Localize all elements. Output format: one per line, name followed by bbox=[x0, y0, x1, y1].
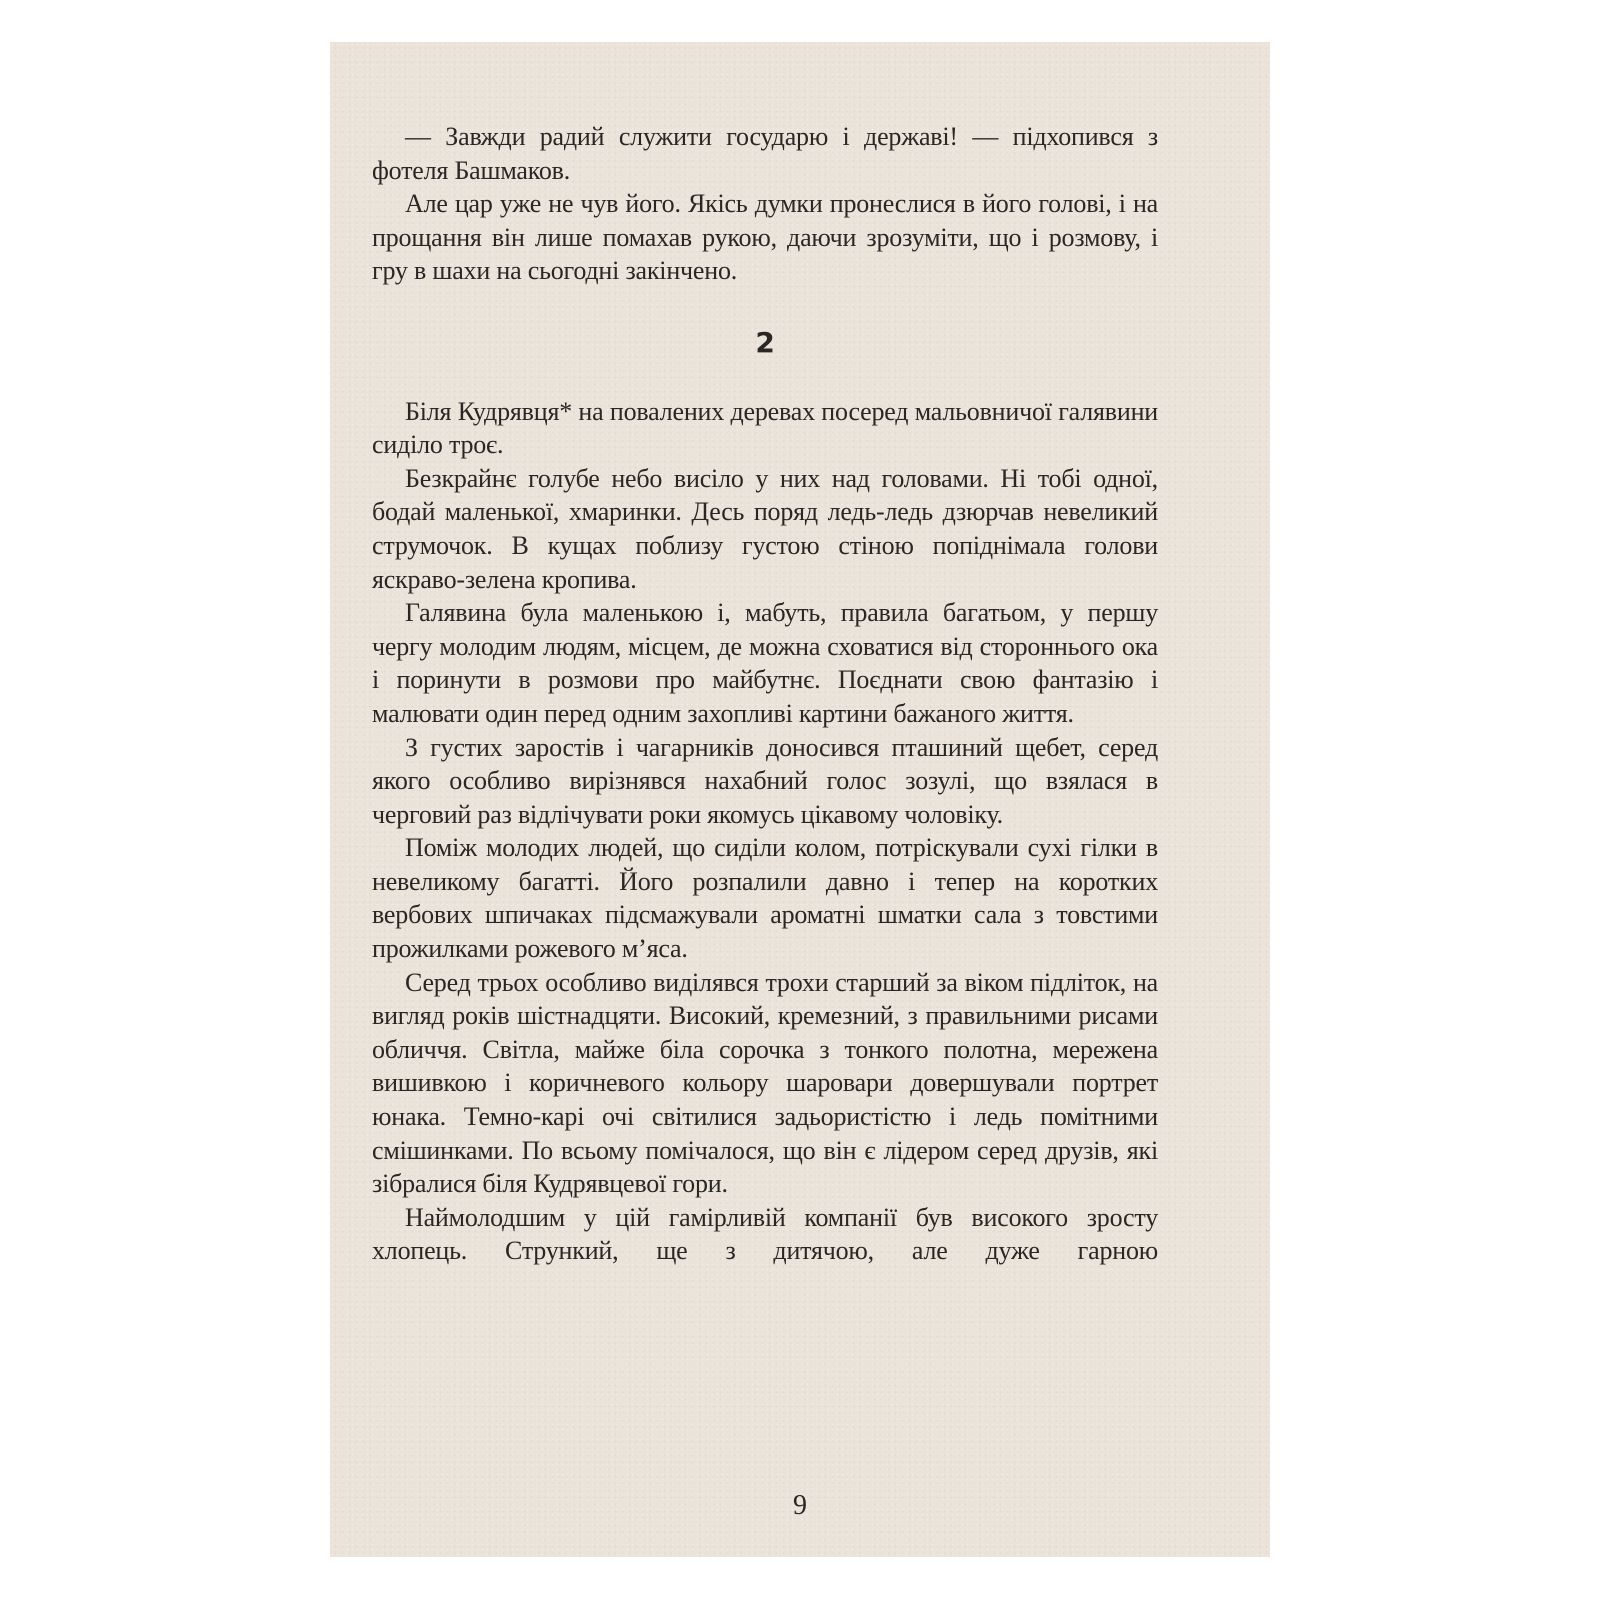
paragraph: Але цар уже не чув його. Якісь думки про… bbox=[372, 187, 1158, 288]
paragraph: З густих заростів і чагарників доносився… bbox=[372, 731, 1158, 832]
page-body: — Завжди радий служити государю і держав… bbox=[372, 120, 1158, 1268]
paragraph: Поміж молодих людей, що сиділи колом, по… bbox=[372, 831, 1158, 965]
paragraph: Галявина була маленькою і, мабуть, прави… bbox=[372, 596, 1158, 730]
paragraph: Серед трьох особливо виділявся трохи ста… bbox=[372, 966, 1158, 1201]
chapter-heading: 2 bbox=[372, 326, 1158, 360]
page-number: 9 bbox=[330, 1490, 1270, 1522]
paragraph: — Завжди радий служити государю і держав… bbox=[372, 120, 1158, 187]
paragraph-continued: Наймолодшим у цій гамірливій компанії бу… bbox=[372, 1201, 1158, 1268]
paragraph: Біля Кудрявця* на повалених деревах посе… bbox=[372, 395, 1158, 462]
book-page: — Завжди радий служити государю і держав… bbox=[330, 42, 1270, 1557]
paragraph: Безкрайнє голубе небо висіло у них над г… bbox=[372, 462, 1158, 596]
